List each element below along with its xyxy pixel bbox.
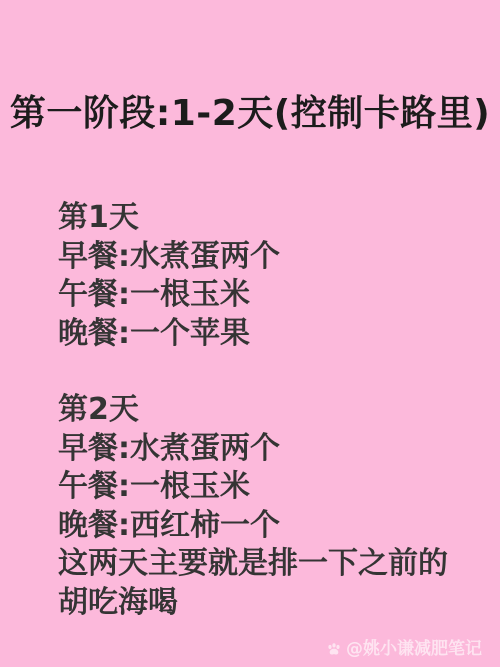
day-1-lunch: 午餐:一根玉米 [58, 276, 480, 315]
poster-title: 第一阶段:1-2天(控制卡路里) [0, 92, 500, 136]
watermark-text: @姚小谦减肥笔记 [346, 638, 482, 660]
day-2-section: 第2天 早餐:水煮蛋两个 午餐:一根玉米 晚餐:西红柿一个 [58, 391, 480, 545]
diet-plan-content: 第1天 早餐:水煮蛋两个 午餐:一根玉米 晚餐:一个苹果 第2天 早餐:水煮蛋两… [58, 199, 480, 622]
day-1-dinner: 晚餐:一个苹果 [58, 315, 480, 354]
watermark: @姚小谦减肥笔记 [326, 638, 482, 660]
day-1-heading: 第1天 [58, 199, 480, 238]
day-2-lunch: 午餐:一根玉米 [58, 468, 480, 507]
day-1-section: 第1天 早餐:水煮蛋两个 午餐:一根玉米 晚餐:一个苹果 [58, 199, 480, 353]
note-section: 这两天主要就是排一下之前的 胡吃海喝 [58, 545, 480, 622]
note-line-1: 这两天主要就是排一下之前的 [58, 545, 480, 584]
day-2-heading: 第2天 [58, 391, 480, 430]
diet-plan-poster: 第一阶段:1-2天(控制卡路里) 第1天 早餐:水煮蛋两个 午餐:一根玉米 晚餐… [0, 0, 500, 667]
day-2-breakfast: 早餐:水煮蛋两个 [58, 430, 480, 469]
paw-icon [326, 641, 342, 657]
note-line-2: 胡吃海喝 [58, 584, 480, 623]
day-1-breakfast: 早餐:水煮蛋两个 [58, 238, 480, 277]
day-2-dinner: 晚餐:西红柿一个 [58, 507, 480, 546]
